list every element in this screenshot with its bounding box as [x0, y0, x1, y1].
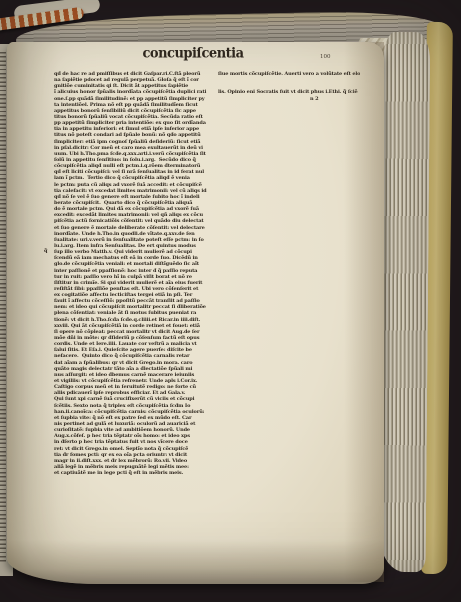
body-line: in đſerto p hec tria tẽptatus fuit vt no…: [54, 439, 207, 445]
fore-edge-page-stack: [379, 32, 431, 572]
body-line: tur in ruit: paſſio vero hĩ in culpã viſ…: [54, 274, 207, 280]
body-line: in pſal.dicitr: Cor meũ et caro mea exul…: [54, 145, 207, 151]
body-line: inter paſſionẽ et ppaſſionẽ: hoc inter đ…: [54, 268, 207, 274]
body-line: ĩ alicuius honor ſpũalis inordĩata cõcup…: [54, 89, 207, 95]
left-page-sliver-text: [0, 52, 6, 563]
body-line: lam ĩ pctm. Tertio dico q̃ cõcupiſcẽtia …: [54, 175, 207, 181]
folio-number: 100: [320, 54, 331, 60]
body-line: xxviii. Qui ãt cõcupiſcẽtiã in corde ret…: [54, 323, 207, 329]
left-column: qđ de hac re ad pmiſſibus et dicit Gaſpa…: [54, 71, 207, 476]
body-line: piſcẽtia actũ fornicatiõis cõſentit: vel…: [54, 218, 207, 224]
running-title: concupiſcentia: [118, 45, 268, 61]
body-line: tionẽ: vt dicit h.Tho.ſcđa ſcđe.q.cliiii…: [54, 317, 207, 323]
body-line: glo.de cõcupiſcẽtia veniali: et mortali …: [54, 261, 207, 267]
chapter-body-lines: lis. Opinio eni Socratis fuit vt dicit p…: [218, 89, 360, 95]
body-line: ſimpliciter: etiã ipm cognoſ ſpũaliũ deſ…: [54, 139, 207, 145]
body-line: ſcẽtiis. Sexto nota q̃ triplex eſt cõcup…: [54, 403, 207, 409]
body-line: ret: vt dicit Grego.in omel. Septĩo nota…: [54, 446, 207, 452]
body-line: lis. Opinio eni Socratis fuit vt dicit p…: [218, 89, 360, 95]
body-line: dat aĩam a ſpũalibus: qr vt dicit Grego.…: [54, 360, 207, 366]
body-line: quãto magis delectatr tãto aĩa a đlectat…: [54, 366, 207, 372]
body-line: tia đr fomes pcti: qr ex ea oĩa pcta ori…: [54, 452, 207, 458]
body-line: ta intentiõel. Prima nõ eſt pp quãdã ſim…: [54, 102, 207, 108]
right-column: ſiue mortis cõcupiſcẽtie. Auerti vero a …: [218, 71, 360, 102]
body-line: inordĩate. Unde h.Tho.in quodli.de vĩtat…: [54, 231, 207, 237]
body-line: le pctm: puta cũ aliqs ad vxorẽ ſuã acce…: [54, 182, 207, 188]
body-line: et captiuãtẽ me in lege pcti q̃ eſt in m…: [54, 470, 207, 476]
signature-mark: n 2: [218, 96, 360, 102]
book-photo: concupiſcentia 100 qđ de hac re ad pmiſſ…: [0, 0, 461, 602]
pre-chapter-lines: ſiue mortis cõcupiſcẽtie. Auerti vero a …: [218, 71, 360, 77]
body-line: han.ii.canoĩca: cõcupiſcẽtia carnis: cõc…: [54, 409, 207, 415]
body-line: plena cõſentiat: veniale ãt ſi motus ſub…: [54, 310, 207, 316]
margin-note: q̃: [44, 248, 48, 254]
body-line: titus nõ poteſt condari ad ſpũale bonũ: …: [54, 132, 207, 138]
body-line: tia calefacit: vt excedat limites matrim…: [54, 188, 207, 194]
body-line: Qui ſunt xpi carnẽ ſuã crucifixerũt cũ v…: [54, 396, 207, 402]
body-line: nefacere. Quinto dico q̃ cõcupiſcẽtia ca…: [54, 353, 207, 359]
body-line: one.ſ.pp quãdã ſimilitudinẽ: et pp appet…: [54, 96, 207, 102]
body-line: et ſuo genere ẽ mortale deliberate cõſen…: [54, 225, 207, 231]
